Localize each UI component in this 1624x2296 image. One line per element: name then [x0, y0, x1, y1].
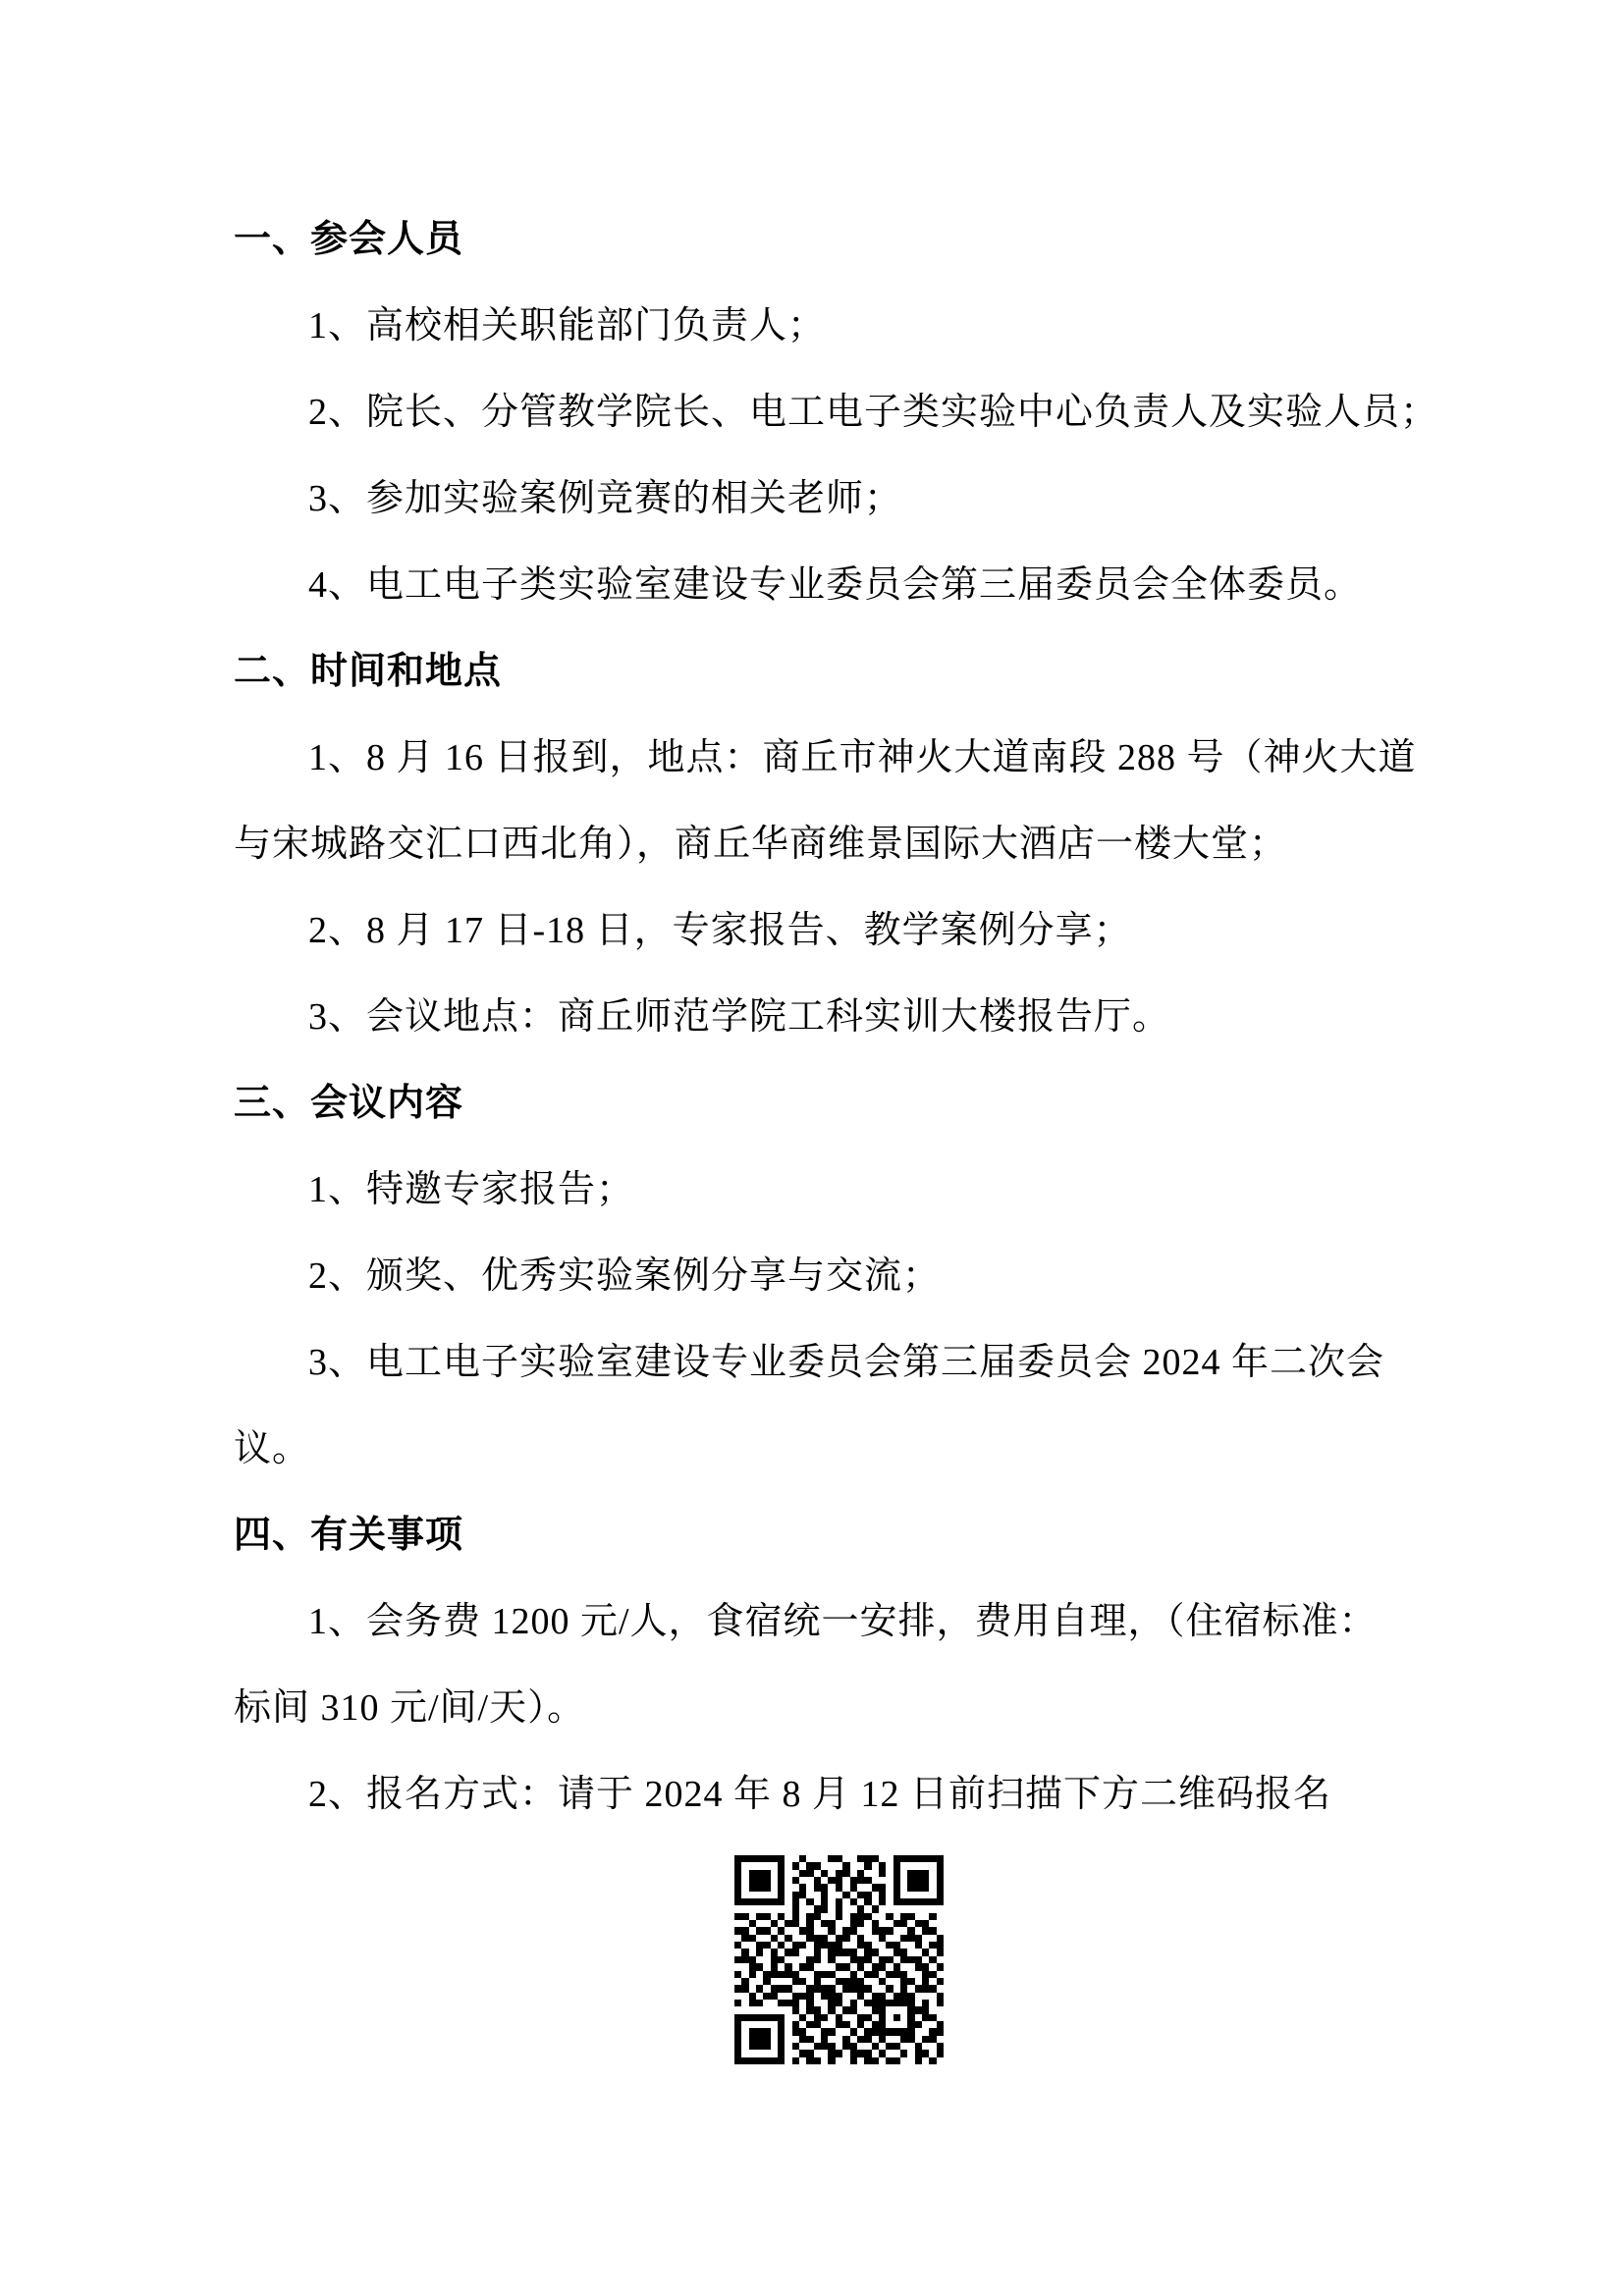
qr-module: [900, 1993, 907, 2000]
qr-module: [821, 2000, 828, 2006]
qr-module: [893, 1884, 900, 1891]
qr-module: [749, 1935, 756, 1942]
qr-module: [821, 2028, 828, 2035]
qr-module: [821, 1985, 828, 1992]
document-line: 1、高校相关职能部门负责人；: [234, 283, 1391, 369]
qr-module: [836, 2057, 842, 2064]
qr-module: [756, 2000, 763, 2006]
qr-module: [907, 1978, 914, 1985]
qr-module: [929, 2036, 936, 2043]
qr-module: [929, 1971, 936, 1978]
qr-module: [872, 1892, 879, 1898]
qr-module: [799, 1913, 806, 1920]
document-line: 1、特邀专家报告；: [234, 1147, 1391, 1233]
qr-module: [799, 2036, 806, 2043]
qr-module: [872, 1927, 879, 1934]
qr-module: [864, 2028, 871, 2035]
qr-module: [756, 1978, 763, 1985]
qr-module: [937, 2021, 944, 2028]
qr-module: [741, 1884, 748, 1891]
qr-module: [814, 2057, 821, 2064]
qr-module: [907, 1942, 914, 1949]
qr-module: [850, 1913, 857, 1920]
qr-module: [821, 1855, 828, 1862]
qr-module: [785, 1978, 791, 1985]
qr-module: [771, 2000, 778, 2006]
qr-module: [785, 2014, 791, 2021]
qr-module: [799, 1963, 806, 1970]
qr-module: [778, 1927, 785, 1934]
qr-module: [842, 1855, 849, 1862]
qr-module: [749, 2014, 756, 2021]
qr-module: [872, 1884, 879, 1891]
qr-module: [785, 1927, 791, 1934]
qr-module: [937, 1892, 944, 1898]
qr-module: [749, 2036, 756, 2043]
qr-module: [771, 1971, 778, 1978]
qr-module: [907, 1935, 914, 1942]
qr-module: [900, 1949, 907, 1955]
qr-module: [785, 2028, 791, 2035]
qr-module: [792, 2057, 799, 2064]
qr-module: [821, 1913, 828, 1920]
qr-module: [814, 1978, 821, 1985]
qr-module: [836, 1949, 842, 1955]
qr-module: [893, 2028, 900, 2035]
qr-module: [821, 1949, 828, 1955]
qr-module: [907, 2014, 914, 2021]
qr-module: [864, 2014, 871, 2021]
qr-module: [806, 1892, 813, 1898]
qr-module: [879, 1898, 886, 1905]
qr-module: [778, 1855, 785, 1862]
qr-module: [850, 1993, 857, 2000]
qr-module: [879, 2036, 886, 2043]
qr-module: [922, 1898, 929, 1905]
qr-module: [749, 2000, 756, 2006]
qr-module: [850, 2043, 857, 2050]
qr-module: [836, 1963, 842, 1970]
qr-module: [900, 1927, 907, 1934]
qr-module: [741, 1905, 748, 1912]
qr-module: [922, 1942, 929, 1949]
qr-module: [850, 1978, 857, 1985]
qr-module: [806, 1870, 813, 1877]
qr-module: [857, 2028, 864, 2035]
qr-module: [879, 1993, 886, 2000]
qr-module: [734, 2028, 741, 2035]
qr-module: [893, 1985, 900, 1992]
qr-module: [922, 2000, 929, 2006]
qr-module: [821, 2014, 828, 2021]
qr-module: [806, 1963, 813, 1970]
qr-module: [785, 1855, 791, 1862]
qr-module: [907, 1971, 914, 1978]
qr-module: [907, 1949, 914, 1955]
qr-module: [879, 1855, 886, 1862]
qr-module: [929, 1898, 936, 1905]
qr-module: [836, 1993, 842, 2000]
qr-module: [749, 1877, 756, 1884]
qr-module: [814, 1877, 821, 1884]
qr-module: [771, 1862, 778, 1869]
qr-module: [907, 2000, 914, 2006]
qr-module: [828, 2000, 835, 2006]
qr-module: [886, 2036, 893, 2043]
qr-module: [879, 2014, 886, 2021]
qr-module: [857, 2014, 864, 2021]
qr-module: [785, 2021, 791, 2028]
qr-module: [864, 2057, 871, 2064]
qr-module: [814, 1956, 821, 1963]
qr-module: [785, 1993, 791, 2000]
qr-module: [872, 2028, 879, 2035]
qr-module: [907, 2036, 914, 2043]
qr-module: [842, 2028, 849, 2035]
qr-module: [828, 2036, 835, 2043]
qr-module: [778, 1963, 785, 1970]
qr-module: [799, 1993, 806, 2000]
qr-module: [922, 2043, 929, 2050]
qr-code: [734, 1855, 944, 2064]
qr-module: [792, 1892, 799, 1898]
qr-module: [915, 1877, 922, 1884]
qr-module: [929, 1963, 936, 1970]
qr-module: [778, 2057, 785, 2064]
qr-module: [771, 1927, 778, 1934]
qr-module: [836, 1898, 842, 1905]
qr-module: [763, 2057, 770, 2064]
qr-module: [741, 1949, 748, 1955]
qr-module: [850, 1971, 857, 1978]
qr-module: [734, 1963, 741, 1970]
qr-module: [893, 1971, 900, 1978]
qr-module: [749, 1971, 756, 1978]
qr-module: [799, 1949, 806, 1955]
qr-module: [872, 1905, 879, 1912]
qr-module: [879, 1884, 886, 1891]
qr-module: [850, 2050, 857, 2056]
qr-module: [756, 1898, 763, 1905]
qr-module: [915, 1862, 922, 1869]
qr-module: [828, 1927, 835, 1934]
qr-module: [937, 1877, 944, 1884]
qr-module: [799, 1956, 806, 1963]
qr-module: [771, 1870, 778, 1877]
qr-module: [756, 1963, 763, 1970]
section-heading: 四、有关事项: [234, 1492, 1391, 1578]
qr-module: [842, 1949, 849, 1955]
qr-module: [792, 1920, 799, 1927]
qr-module: [792, 1935, 799, 1942]
qr-module: [741, 1877, 748, 1884]
qr-module: [741, 2057, 748, 2064]
qr-module: [734, 1870, 741, 1877]
qr-module: [778, 1935, 785, 1942]
qr-module: [907, 1993, 914, 2000]
qr-module: [937, 1905, 944, 1912]
qr-module: [929, 2021, 936, 2028]
qr-module: [806, 2021, 813, 2028]
qr-module: [806, 1942, 813, 1949]
qr-module: [886, 2014, 893, 2021]
qr-module: [929, 1927, 936, 1934]
qr-module: [900, 1920, 907, 1927]
qr-module: [763, 1971, 770, 1978]
qr-module: [821, 2021, 828, 2028]
qr-module: [785, 1884, 791, 1891]
qr-module: [785, 1963, 791, 1970]
qr-module: [857, 1913, 864, 1920]
qr-module: [792, 2036, 799, 2043]
qr-module: [741, 2006, 748, 2013]
qr-module: [756, 1993, 763, 2000]
qr-module: [778, 1913, 785, 1920]
qr-module: [872, 1956, 879, 1963]
qr-module: [778, 2043, 785, 2050]
qr-module: [734, 1884, 741, 1891]
qr-module: [771, 1913, 778, 1920]
qr-module: [922, 1870, 929, 1877]
qr-module: [857, 2036, 864, 2043]
qr-module: [778, 1942, 785, 1949]
qr-module: [929, 1942, 936, 1949]
qr-module: [741, 1920, 748, 1927]
qr-module: [756, 1942, 763, 1949]
qr-module: [741, 1985, 748, 1992]
qr-module: [850, 2006, 857, 2013]
qr-module: [864, 1971, 871, 1978]
qr-module: [828, 2028, 835, 2035]
qr-module: [900, 1956, 907, 1963]
qr-module: [741, 1993, 748, 2000]
qr-module: [929, 2050, 936, 2056]
qr-module: [886, 1993, 893, 2000]
qr-module: [900, 2036, 907, 2043]
qr-module: [749, 1993, 756, 2000]
qr-module: [756, 2043, 763, 2050]
qr-module: [850, 1905, 857, 1912]
qr-module: [872, 1913, 879, 1920]
document-line: 3、会议地点：商丘师范学院工科实训大楼报告厅。: [234, 974, 1391, 1060]
document-line: 3、电工电子实验室建设专业委员会第三届委员会 2024 年二次会: [234, 1319, 1391, 1406]
qr-module: [799, 1927, 806, 1934]
qr-module: [922, 2006, 929, 2013]
qr-module: [799, 1935, 806, 1942]
qr-module: [814, 1993, 821, 2000]
qr-module: [734, 1935, 741, 1942]
qr-module: [828, 1855, 835, 1862]
document-line: 4、电工电子类实验室建设专业委员会第三届委员会全体委员。: [234, 542, 1391, 628]
qr-module: [814, 1985, 821, 1992]
qr-module: [929, 2057, 936, 2064]
qr-module: [821, 1935, 828, 1942]
qr-module: [814, 2050, 821, 2056]
qr-module: [806, 2000, 813, 2006]
qr-module: [864, 2043, 871, 2050]
qr-module: [922, 1985, 929, 1992]
qr-module: [857, 1935, 864, 1942]
qr-module: [785, 2036, 791, 2043]
qr-module: [828, 1942, 835, 1949]
qr-module: [915, 1884, 922, 1891]
qr-module: [879, 2000, 886, 2006]
qr-module: [771, 1942, 778, 1949]
qr-module: [836, 1978, 842, 1985]
qr-module: [806, 1971, 813, 1978]
qr-module: [792, 1884, 799, 1891]
qr-module: [937, 1862, 944, 1869]
qr-module: [821, 1978, 828, 1985]
qr-module: [799, 1942, 806, 1949]
qr-module: [922, 2050, 929, 2056]
document-line: 3、参加实验案例竞赛的相关老师；: [234, 455, 1391, 542]
document-line: 2、报名方式：请于 2024 年 8 月 12 日前扫描下方二维码报名: [234, 1751, 1391, 1838]
qr-module: [907, 1892, 914, 1898]
qr-module: [828, 1913, 835, 1920]
qr-module: [879, 2006, 886, 2013]
qr-module: [864, 1862, 871, 1869]
qr-module: [900, 1884, 907, 1891]
qr-module: [792, 1855, 799, 1862]
qr-module: [799, 2021, 806, 2028]
qr-module: [828, 1898, 835, 1905]
qr-module: [763, 1963, 770, 1970]
qr-module: [886, 1949, 893, 1955]
qr-module: [836, 1855, 842, 1862]
qr-module: [734, 1892, 741, 1898]
qr-module: [821, 2057, 828, 2064]
qr-module: [749, 1855, 756, 1862]
qr-module: [857, 1905, 864, 1912]
qr-module: [778, 2021, 785, 2028]
qr-module: [893, 1956, 900, 1963]
qr-module: [828, 2006, 835, 2013]
qr-module: [879, 2021, 886, 2028]
qr-module: [915, 2043, 922, 2050]
qr-module: [828, 2021, 835, 2028]
qr-module: [741, 1870, 748, 1877]
qr-module: [929, 1862, 936, 1869]
qr-module: [842, 1963, 849, 1970]
qr-module: [850, 2014, 857, 2021]
qr-module: [886, 1855, 893, 1862]
qr-module: [872, 1978, 879, 1985]
qr-module: [785, 1920, 791, 1927]
qr-module: [879, 2050, 886, 2056]
qr-module: [850, 1877, 857, 1884]
qr-module: [734, 1942, 741, 1949]
qr-module: [792, 1949, 799, 1955]
qr-module: [821, 1956, 828, 1963]
qr-module: [886, 1892, 893, 1898]
qr-module: [929, 1978, 936, 1985]
qr-module: [828, 1949, 835, 1955]
qr-module: [907, 1913, 914, 1920]
qr-module: [929, 2006, 936, 2013]
qr-module: [734, 1898, 741, 1905]
qr-module: [886, 2050, 893, 2056]
qr-module: [778, 1985, 785, 1992]
qr-module: [828, 2014, 835, 2021]
qr-module: [886, 1884, 893, 1891]
qr-module: [749, 2028, 756, 2035]
qr-module: [872, 1942, 879, 1949]
qr-module: [806, 1898, 813, 1905]
qr-module: [814, 1949, 821, 1955]
qr-module: [821, 2036, 828, 2043]
qr-module: [799, 1870, 806, 1877]
qr-module: [922, 2028, 929, 2035]
qr-module: [915, 2050, 922, 2056]
qr-module: [741, 2036, 748, 2043]
qr-module: [937, 1913, 944, 1920]
qr-module: [893, 2050, 900, 2056]
qr-module: [872, 1898, 879, 1905]
qr-module: [850, 2021, 857, 2028]
qr-module: [734, 1985, 741, 1992]
qr-module: [785, 1877, 791, 1884]
qr-module: [900, 2000, 907, 2006]
qr-module: [836, 1892, 842, 1898]
qr-module: [749, 2021, 756, 2028]
qr-module: [814, 1905, 821, 1912]
qr-module: [741, 1892, 748, 1898]
qr-module: [937, 1898, 944, 1905]
qr-module: [929, 1884, 936, 1891]
qr-module: [778, 1892, 785, 1898]
qr-module: [778, 1870, 785, 1877]
qr-module: [842, 1956, 849, 1963]
qr-module: [886, 1971, 893, 1978]
document-line: 1、8 月 16 日报到，地点：商丘市神火大道南段 288 号（神火大道: [234, 715, 1391, 801]
qr-module: [763, 1978, 770, 1985]
qr-module: [821, 1963, 828, 1970]
qr-module: [828, 1884, 835, 1891]
qr-module: [806, 1956, 813, 1963]
qr-module: [886, 1956, 893, 1963]
qr-module: [922, 2036, 929, 2043]
qr-module: [922, 1935, 929, 1942]
qr-module: [806, 1905, 813, 1912]
qr-module: [792, 2021, 799, 2028]
qr-module: [741, 2000, 748, 2006]
qr-module: [915, 2028, 922, 2035]
qr-module: [821, 1905, 828, 1912]
qr-module: [850, 1862, 857, 1869]
qr-module: [929, 1985, 936, 1992]
qr-module: [778, 2028, 785, 2035]
qr-module: [850, 1963, 857, 1970]
qr-module: [907, 1985, 914, 1992]
qr-module: [836, 2021, 842, 2028]
qr-module: [857, 1978, 864, 1985]
qr-module: [872, 2021, 879, 2028]
qr-module: [799, 1898, 806, 1905]
qr-module: [922, 1855, 929, 1862]
qr-module: [734, 2021, 741, 2028]
qr-module: [763, 2043, 770, 2050]
qr-module: [893, 2006, 900, 2013]
qr-module: [749, 1963, 756, 1970]
qr-module: [828, 1963, 835, 1970]
qr-module: [734, 1855, 741, 1862]
qr-module: [821, 1920, 828, 1927]
qr-module: [929, 1892, 936, 1898]
qr-module: [741, 2050, 748, 2056]
qr-module: [836, 2006, 842, 2013]
qr-module: [741, 1942, 748, 1949]
